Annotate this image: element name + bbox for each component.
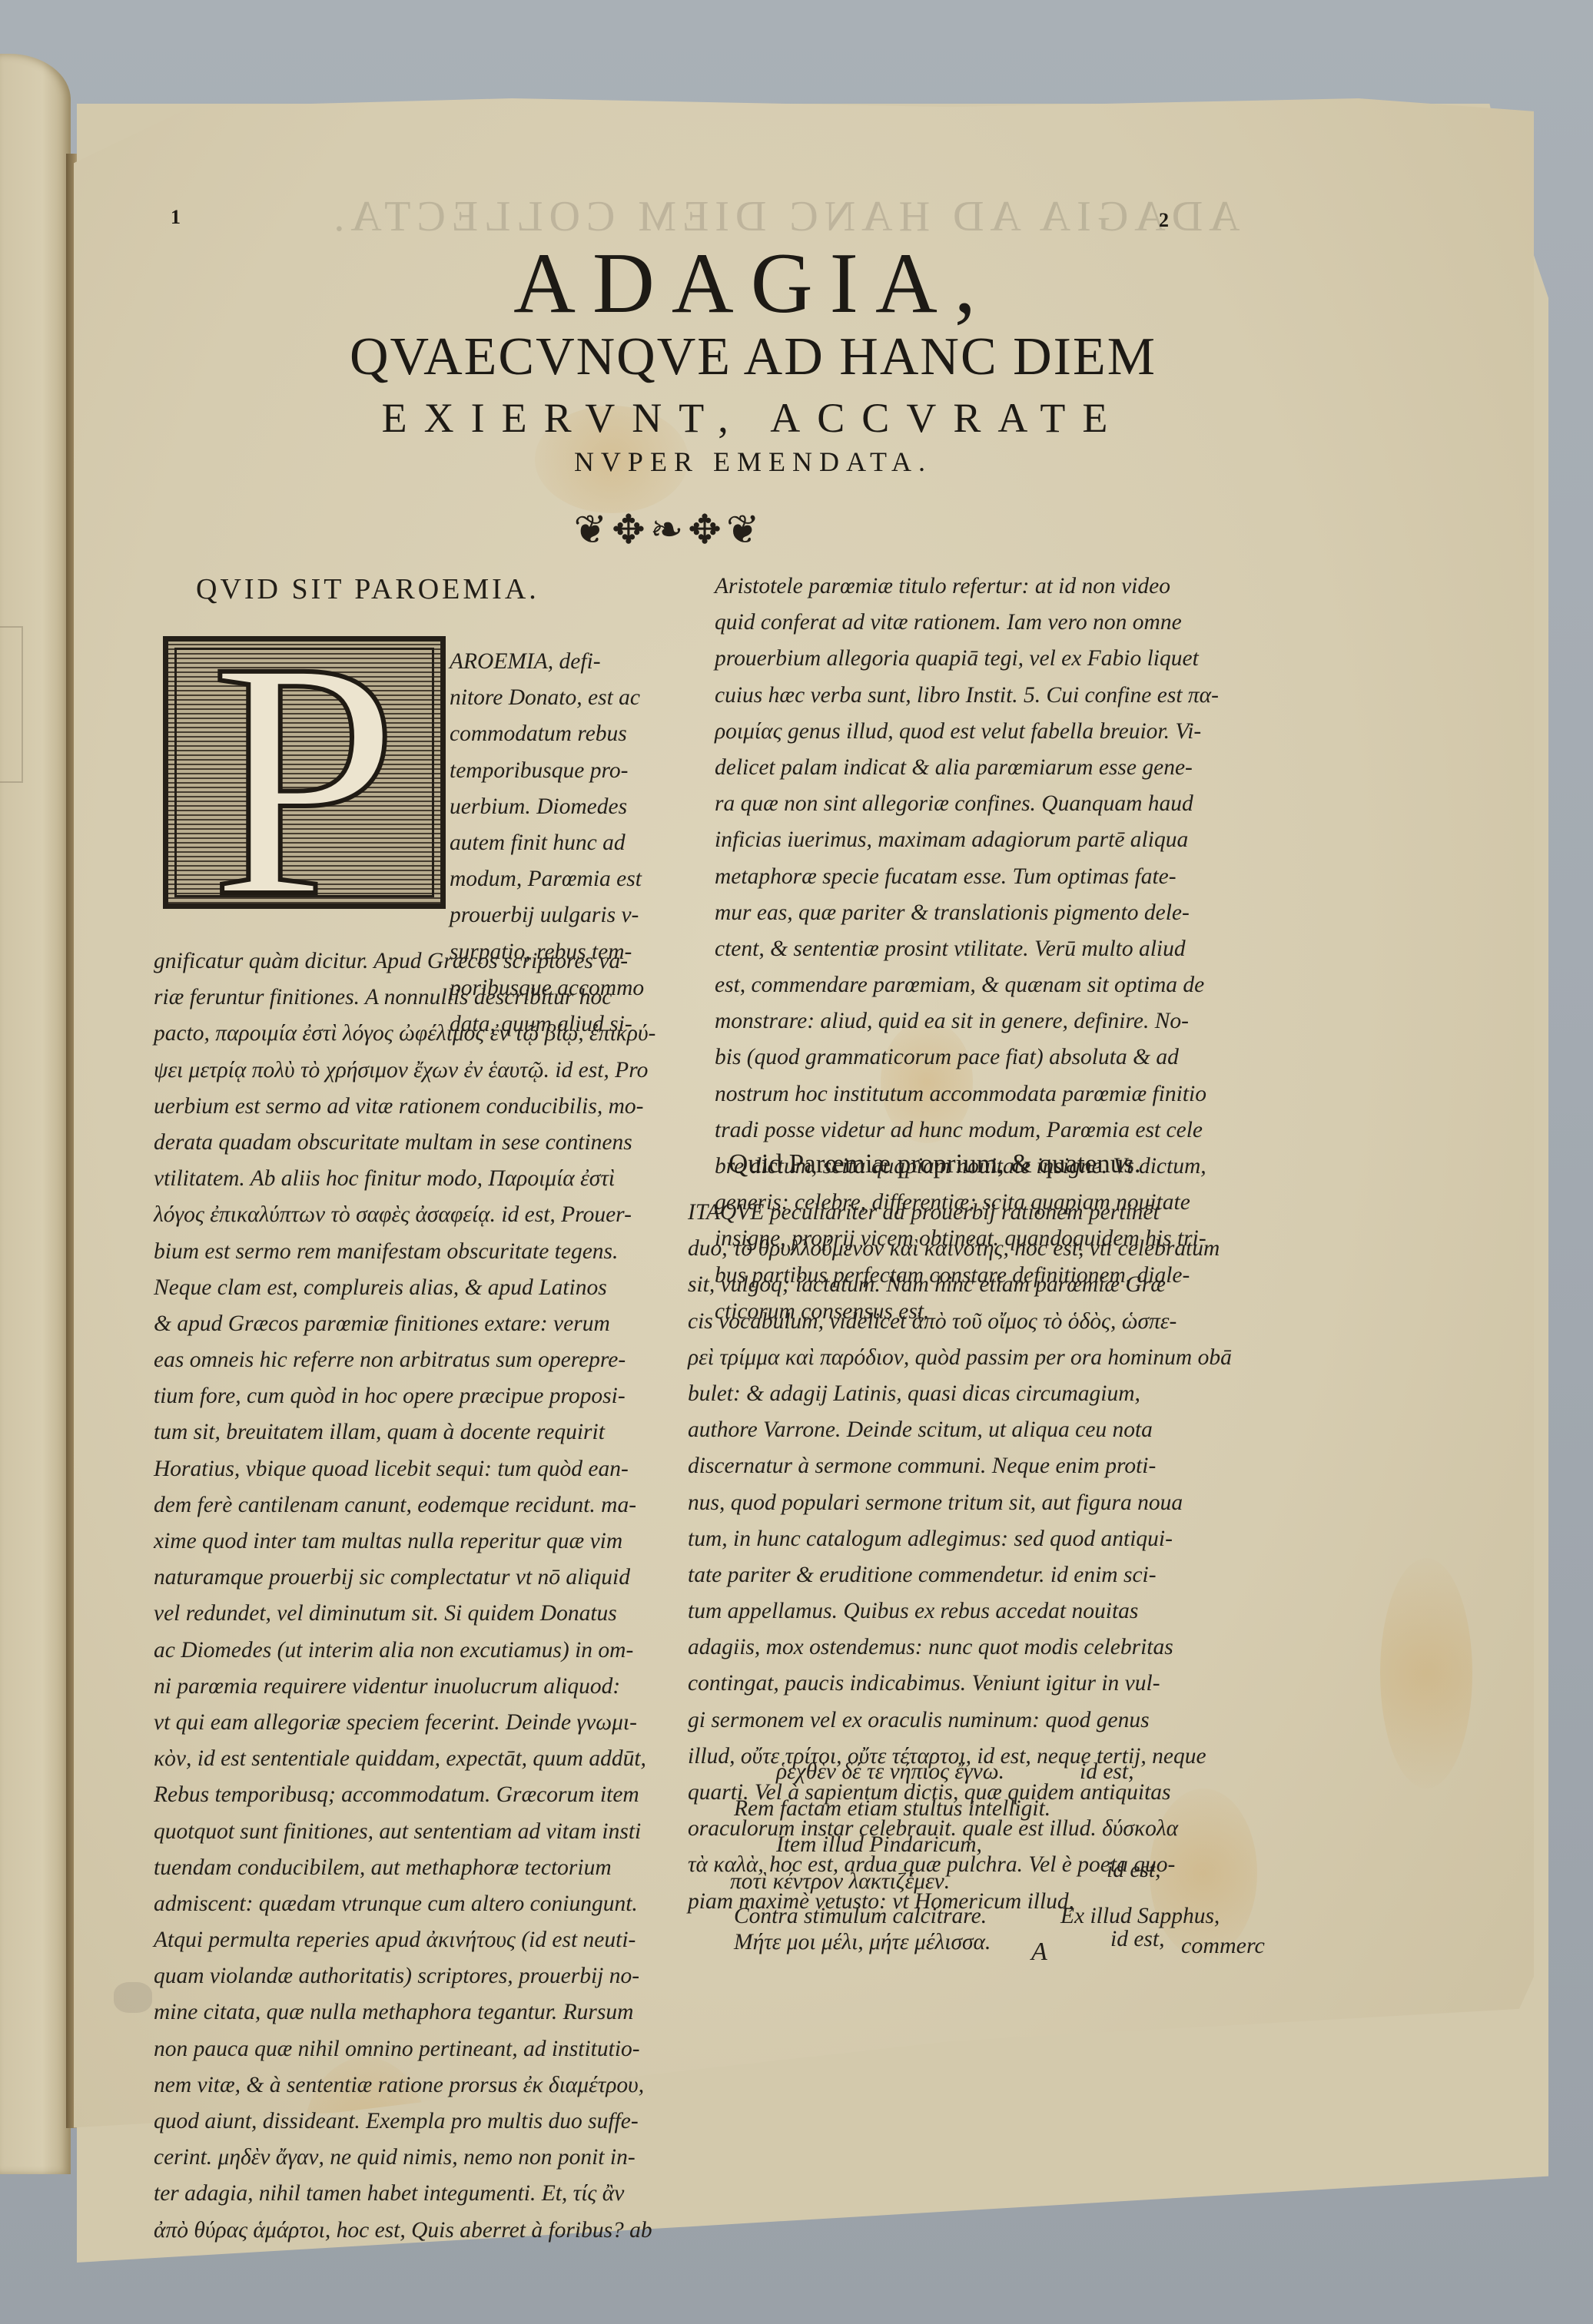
text-line: tum, in hunc catalogum adlegimus: sed qu… xyxy=(688,1521,1232,1557)
text-line: authore Varrone. Deinde scitum, ut aliqu… xyxy=(688,1412,1232,1448)
text-line: metaphoræ specie fucatam esse. Tum optim… xyxy=(715,859,1219,895)
text-line: Neque clam est, complureis alias, & apud… xyxy=(154,1270,655,1306)
text-line: ra quæ non sint allegoriæ confines. Quan… xyxy=(715,786,1219,822)
title-line-3: EXIERVNT, ACCVRATE xyxy=(154,394,1352,442)
fleuron-icon: ❧ xyxy=(650,503,684,557)
text-line: tum appellamus. Quibus ex rebus accedat … xyxy=(688,1593,1232,1629)
text-line: tate pariter & eruditione commendetur. i… xyxy=(688,1557,1232,1593)
text-line: Atqui permulta reperies apud ἀκινήτους (… xyxy=(154,1922,655,1958)
verse-line: ῥεχθὲν δέ τε νήπιος ἔγνω. xyxy=(776,1759,1004,1785)
catchword: commerc xyxy=(1181,1933,1265,1959)
column-left: gnificatur quàm dicitur. Apud Græcos scr… xyxy=(154,943,655,2249)
text-line: ρεὶ τρίμμα καὶ παρόδιον, quòd passim per… xyxy=(688,1340,1232,1376)
title-line-4: NVPER EMENDATA. xyxy=(154,446,1352,478)
text-line: Horatius, vbique quoad licebit sequi: tu… xyxy=(154,1451,655,1487)
text-line: vt qui eam allegoriæ speciem fecerint. D… xyxy=(154,1705,655,1741)
initial-letter: P xyxy=(168,636,440,909)
text-line: quod aiunt, dissideant. Exempla pro mult… xyxy=(154,2104,655,2140)
text-line: cerint. μηδὲν ἄγαν, ne quid nimis, nemo … xyxy=(154,2140,655,2176)
foxing-stain xyxy=(1380,1558,1472,1789)
verse-line: id est, xyxy=(1107,1858,1160,1883)
text-line: nem vitæ, & à sententiæ ratione prorsus … xyxy=(154,2067,655,2104)
text-line: gnificatur quàm dicitur. Apud Græcos scr… xyxy=(154,943,655,980)
verse-line: ποτὶ κέντρον λακτιζέμεν. xyxy=(730,1869,950,1895)
text-line: ac Diomedes (ut interim alia non excutia… xyxy=(154,1633,655,1669)
text-line: Aristotele parœmiæ titulo refertur: at i… xyxy=(715,569,1219,605)
title-line-1: ADAGIA, xyxy=(154,234,1352,333)
verse-line: Item illud Pindaricum, xyxy=(776,1832,982,1858)
fleuron-icon: ❦ xyxy=(574,503,608,557)
text-line: inficias iuerimus, maximam adagiorum par… xyxy=(715,822,1219,858)
verse-line: Ex illud Sapphus, xyxy=(1060,1904,1220,1929)
ink-smudge xyxy=(114,1982,152,2013)
text-line: & apud Græcos parœmiæ finitiones extare:… xyxy=(154,1306,655,1342)
text-line: discernatur à sermone communi. Neque eni… xyxy=(688,1448,1232,1484)
text-line: mine citata, quæ nulla methaphora tegant… xyxy=(154,1994,655,2031)
text-line: naturamque prouerbij sic complectatur vt… xyxy=(154,1560,655,1596)
text-line: pacto, παροιμία ἐστὶ λόγος ὠφέλιμος ἐν τ… xyxy=(154,1016,655,1052)
text-line: riæ feruntur finitiones. A nonnullis des… xyxy=(154,980,655,1016)
text-line: λόγος ἐπικαλύπτων τὸ σαφὲς ἀσαφείᾳ. id e… xyxy=(154,1197,655,1233)
text-line: admiscent: quædam vtrunque cum altero co… xyxy=(154,1886,655,1922)
text-line: commodatum rebus xyxy=(450,716,644,752)
verse-line: Μήτε μοι μέλι, μήτε μέλισσα. xyxy=(734,1930,991,1955)
text-line: Rebus temporibusq; accommodatum. Græcoru… xyxy=(154,1777,655,1813)
text-line: mur eas, quæ pariter & translationis pig… xyxy=(715,895,1219,931)
text-line: bulet: & adagij Latinis, quasi dicas cir… xyxy=(688,1376,1232,1412)
text-line: eas omneis hic referre non arbitratus su… xyxy=(154,1342,655,1378)
text-line: delicet palam indicat & alia parœmiarum … xyxy=(715,750,1219,786)
folio-right: 2 xyxy=(1159,209,1169,232)
text-line: contingat, paucis indicabimus. Veniunt i… xyxy=(688,1666,1232,1702)
text-line: nus, quod populari sermone tritum sit, a… xyxy=(688,1485,1232,1521)
text-line: prouerbij uulgaris v- xyxy=(450,897,644,933)
text-line: prouerbium allegoria quapiā tegi, vel ex… xyxy=(715,641,1219,677)
folio-left: 1 xyxy=(171,206,181,229)
verse-line: Rem factam etiam stultus intelligit. xyxy=(734,1796,1050,1822)
text-line: uerbium est sermo ad vitæ rationem condu… xyxy=(154,1089,655,1125)
text-line: dem ferè cantilenam canunt, eodemque rec… xyxy=(154,1487,655,1523)
text-line: uerbium. Diomedes xyxy=(450,789,644,825)
text-line: adagiis, mox ostendemus: nunc quot modis… xyxy=(688,1629,1232,1666)
text-line: vtilitatem. Ab aliis hoc finitur modo, Π… xyxy=(154,1161,655,1197)
text-line: ἀπὸ θύρας ἁμάρτοι, hoc est, Quis aberret… xyxy=(154,2213,655,2249)
text-line: ψει μετρίᾳ πολὺ τὸ χρήσιμον ἔχων ἐν ἑαυτ… xyxy=(154,1053,655,1089)
fleuron-icon: ❦ xyxy=(726,503,760,557)
text-line: cis vocabulum, videlicet ἀπὸ τοῦ οἴμος τ… xyxy=(688,1304,1232,1340)
text-line: quam violandæ authoritatis) scriptores, … xyxy=(154,1958,655,1994)
text-line: tum sit, breuitatem illam, quam à docent… xyxy=(154,1414,655,1450)
text-line: ctent, & sententiæ prosint vtilitate. Ve… xyxy=(715,931,1219,967)
signature-mark: A xyxy=(1031,1938,1047,1967)
text-line: est, commendare parœmiam, & quænam sit o… xyxy=(715,967,1219,1003)
text-line: quid conferat ad vitæ rationem. Iam vero… xyxy=(715,605,1219,641)
verse-line: Contra stimulum calcitrare. xyxy=(734,1904,987,1929)
text-line: quotquot sunt finitiones, aut sententiam… xyxy=(154,1814,655,1850)
sub-heading: Quid Parœmiæ proprium, & quatenus. xyxy=(728,1149,1141,1179)
show-through-box xyxy=(0,626,23,783)
text-line: autem finit hunc ad xyxy=(450,825,644,861)
text-line: tium fore, cum quòd in hoc opere præcipu… xyxy=(154,1378,655,1414)
text-line: AROEMIA, defi- xyxy=(450,644,644,680)
text-line: gi sermonem vel ex oraculis numinum: quo… xyxy=(688,1702,1232,1739)
text-line: monstrare: aliud, quid ea sit in genere,… xyxy=(715,1003,1219,1039)
text-line: nostrum hoc institutum accommodata parœm… xyxy=(715,1076,1219,1112)
printers-ornament: ❦ ✥ ❧ ✥ ❦ xyxy=(523,503,811,557)
text-line: modum, Parœmia est xyxy=(450,861,644,897)
text-line: tuendam conducibilem, aut methaphoræ tec… xyxy=(154,1850,655,1886)
text-line: bium est sermo rem manifestam obscuritat… xyxy=(154,1234,655,1270)
verse-line: id est, xyxy=(1080,1759,1133,1785)
verse-line: id est, xyxy=(1110,1927,1164,1952)
text-line: nitore Donato, est ac xyxy=(450,680,644,716)
fleuron-icon: ✥ xyxy=(612,503,645,557)
text-line: vel redundet, vel diminutum sit. Si quid… xyxy=(154,1596,655,1632)
text-line: κὸν, id est sententiale quiddam, expectā… xyxy=(154,1741,655,1777)
fleuron-icon: ✥ xyxy=(688,503,722,557)
text-line: ni parœmia requirere videntur inuolucrum… xyxy=(154,1669,655,1705)
woodcut-initial: P xyxy=(163,636,446,909)
text-line: ροιμίας genus illud, quod est velut fabe… xyxy=(715,714,1219,750)
left-page-edge xyxy=(0,54,71,2174)
title-line-2: QVAECVNQVE AD HANC DIEM xyxy=(154,327,1352,388)
text-line: cuius hæc verba sunt, libro Instit. 5. C… xyxy=(715,678,1219,714)
text-line: xime quod inter tam multas nulla reperit… xyxy=(154,1523,655,1560)
text-line: duo, τὸ θρυλλούμενον καὶ καινότης, hoc e… xyxy=(688,1231,1232,1267)
text-line: derata quadam obscuritate multam in sese… xyxy=(154,1125,655,1161)
text-line: non pauca quæ nihil omnino pertineant, a… xyxy=(154,2031,655,2067)
text-line: sit, vulgoq; iactatum. Nam hinc etiam pa… xyxy=(688,1267,1232,1303)
text-line: ITAQVE peculiariter ad prouerbij ratione… xyxy=(688,1195,1232,1231)
text-line: tradi posse videtur ad hunc modum, Parœm… xyxy=(715,1112,1219,1149)
text-line: bis (quod grammaticorum pace fiat) absol… xyxy=(715,1039,1219,1076)
text-line: temporibusque pro- xyxy=(450,753,644,789)
text-line: ter adagia, nihil tamen habet integument… xyxy=(154,2176,655,2212)
section-heading: QVID SIT PAROEMIA. xyxy=(196,572,539,606)
